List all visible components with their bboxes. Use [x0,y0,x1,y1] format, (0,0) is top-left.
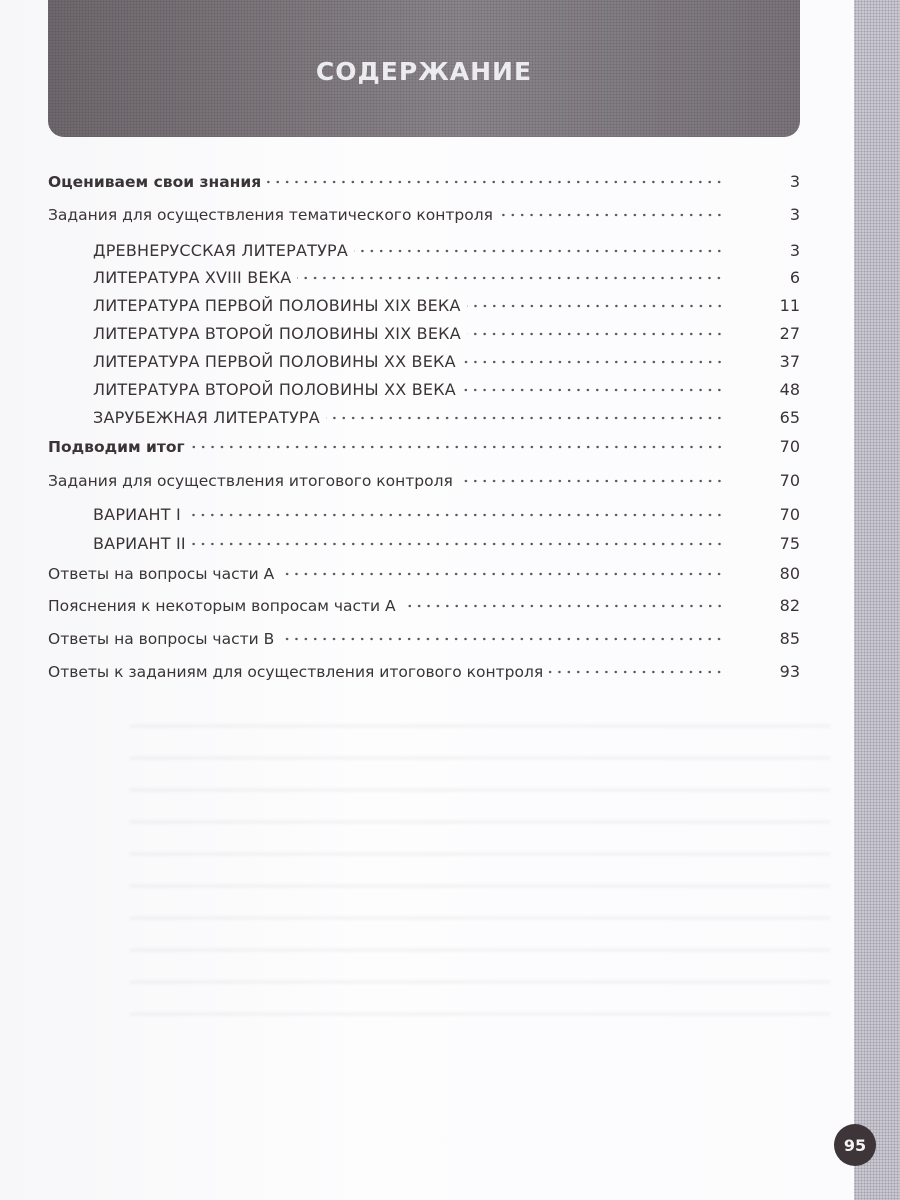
dot-leader [354,245,724,257]
book-page: СОДЕРЖАНИЕ Оцениваем свои знания3Задания… [0,0,900,1200]
toc-entry-page-number: 85 [766,629,800,648]
toc-entry-page-number: 80 [766,564,800,583]
page-number-badge: 95 [834,1124,876,1166]
dot-leader [280,568,724,580]
toc-entry-label: ЛИТЕРАТУРА ПЕРВОЙ ПОЛОВИНЫ XIX ВЕКА [48,296,467,315]
toc-entry[interactable]: Ответы на вопросы части А80 [48,564,800,594]
dot-leader [267,176,724,188]
toc-entry-label: Задания для осуществления тематического … [48,206,499,224]
page-edge-strip [854,0,900,1200]
toc-entry[interactable]: ВАРИАНТ I70 [48,505,800,535]
dot-leader [462,356,724,368]
toc-entry-label: ЛИТЕРАТУРА XVIII ВЕКА [48,268,297,287]
toc-entry-label: Ответы на вопросы части В [48,630,280,648]
toc-entry-label: Пояснения к некоторым вопросам части А [48,597,402,615]
toc-entry-page-number: 75 [766,534,800,553]
toc-entry[interactable]: ЗАРУБЕЖНАЯ ЛИТЕРАТУРА65 [48,408,800,438]
toc-entry[interactable]: ЛИТЕРАТУРА ПЕРВОЙ ПОЛОВИНЫ XX ВЕКА37 [48,352,800,382]
toc-entry[interactable]: ЛИТЕРАТУРА ВТОРОЙ ПОЛОВИНЫ XIX ВЕКА27 [48,324,800,354]
toc-entry-label: ЗАРУБЕЖНАЯ ЛИТЕРАТУРА [48,408,326,427]
toc-entry-label: Оцениваем свои знания [48,173,267,191]
dot-leader [187,509,724,521]
toc-entry-label: Задания для осуществления итогового конт… [48,472,459,490]
toc-entry[interactable]: Ответы к заданиям для осуществления итог… [48,662,800,692]
toc-entry-page-number: 11 [766,296,800,315]
toc-entry-page-number: 3 [766,205,800,224]
toc-entry-label: ЛИТЕРАТУРА ВТОРОЙ ПОЛОВИНЫ XX ВЕКА [48,380,462,399]
toc-entry-label: ДРЕВНЕРУССКАЯ ЛИТЕРАТУРА [48,241,354,260]
toc-entry[interactable]: Пояснения к некоторым вопросам части А82 [48,596,800,626]
toc-entry-page-number: 65 [766,408,800,427]
toc-entry-page-number: 70 [766,437,800,456]
dot-leader [326,412,724,424]
toc-entry[interactable]: Задания для осуществления тематического … [48,205,800,235]
dot-leader [467,300,724,312]
dot-leader [459,475,724,487]
dot-leader [462,384,724,396]
toc-entry-page-number: 82 [766,596,800,615]
reverse-side-bleed-through [130,705,830,1045]
toc-entry-label: ЛИТЕРАТУРА ВТОРОЙ ПОЛОВИНЫ XIX ВЕКА [48,324,467,343]
toc-entry-page-number: 93 [766,662,800,681]
toc-entry[interactable]: Подводим итог70 [48,437,800,467]
toc-entry[interactable]: Оцениваем свои знания3 [48,172,800,202]
toc-entry[interactable]: Ответы на вопросы части В85 [48,629,800,659]
toc-entry[interactable]: Задания для осуществления итогового конт… [48,471,800,501]
toc-entry[interactable]: ДРЕВНЕРУССКАЯ ЛИТЕРАТУРА3 [48,241,800,271]
toc-entry-page-number: 27 [766,324,800,343]
dot-leader [402,600,724,612]
dot-leader [297,272,724,284]
toc-entry-label: ВАРИАНТ II [48,534,192,553]
toc-entry[interactable]: ЛИТЕРАТУРА XVIII ВЕКА6 [48,268,800,298]
toc-entry-label: ЛИТЕРАТУРА ПЕРВОЙ ПОЛОВИНЫ XX ВЕКА [48,352,462,371]
toc-entry-label: Ответы к заданиям для осуществления итог… [48,663,549,681]
toc-entry[interactable]: ВАРИАНТ II75 [48,534,800,564]
dot-leader [467,328,724,340]
dot-leader [191,441,724,453]
header-band: СОДЕРЖАНИЕ [48,0,800,137]
toc-entry-label: Подводим итог [48,438,191,456]
toc-entry-page-number: 37 [766,352,800,371]
toc-entry[interactable]: ЛИТЕРАТУРА ВТОРОЙ ПОЛОВИНЫ XX ВЕКА48 [48,380,800,410]
toc-entry-label: Ответы на вопросы части А [48,565,280,583]
toc-entry[interactable]: ЛИТЕРАТУРА ПЕРВОЙ ПОЛОВИНЫ XIX ВЕКА11 [48,296,800,326]
toc-entry-page-number: 3 [766,172,800,191]
page-title: СОДЕРЖАНИЕ [48,57,800,86]
dot-leader [499,209,724,221]
dot-leader [280,633,724,645]
toc-entry-page-number: 48 [766,380,800,399]
dot-leader [549,666,724,678]
toc-entry-page-number: 70 [766,505,800,524]
toc-entry-page-number: 6 [766,268,800,287]
toc-entry-label: ВАРИАНТ I [48,505,187,524]
toc-entry-page-number: 70 [766,471,800,490]
dot-leader [192,538,724,550]
toc-entry-page-number: 3 [766,241,800,260]
